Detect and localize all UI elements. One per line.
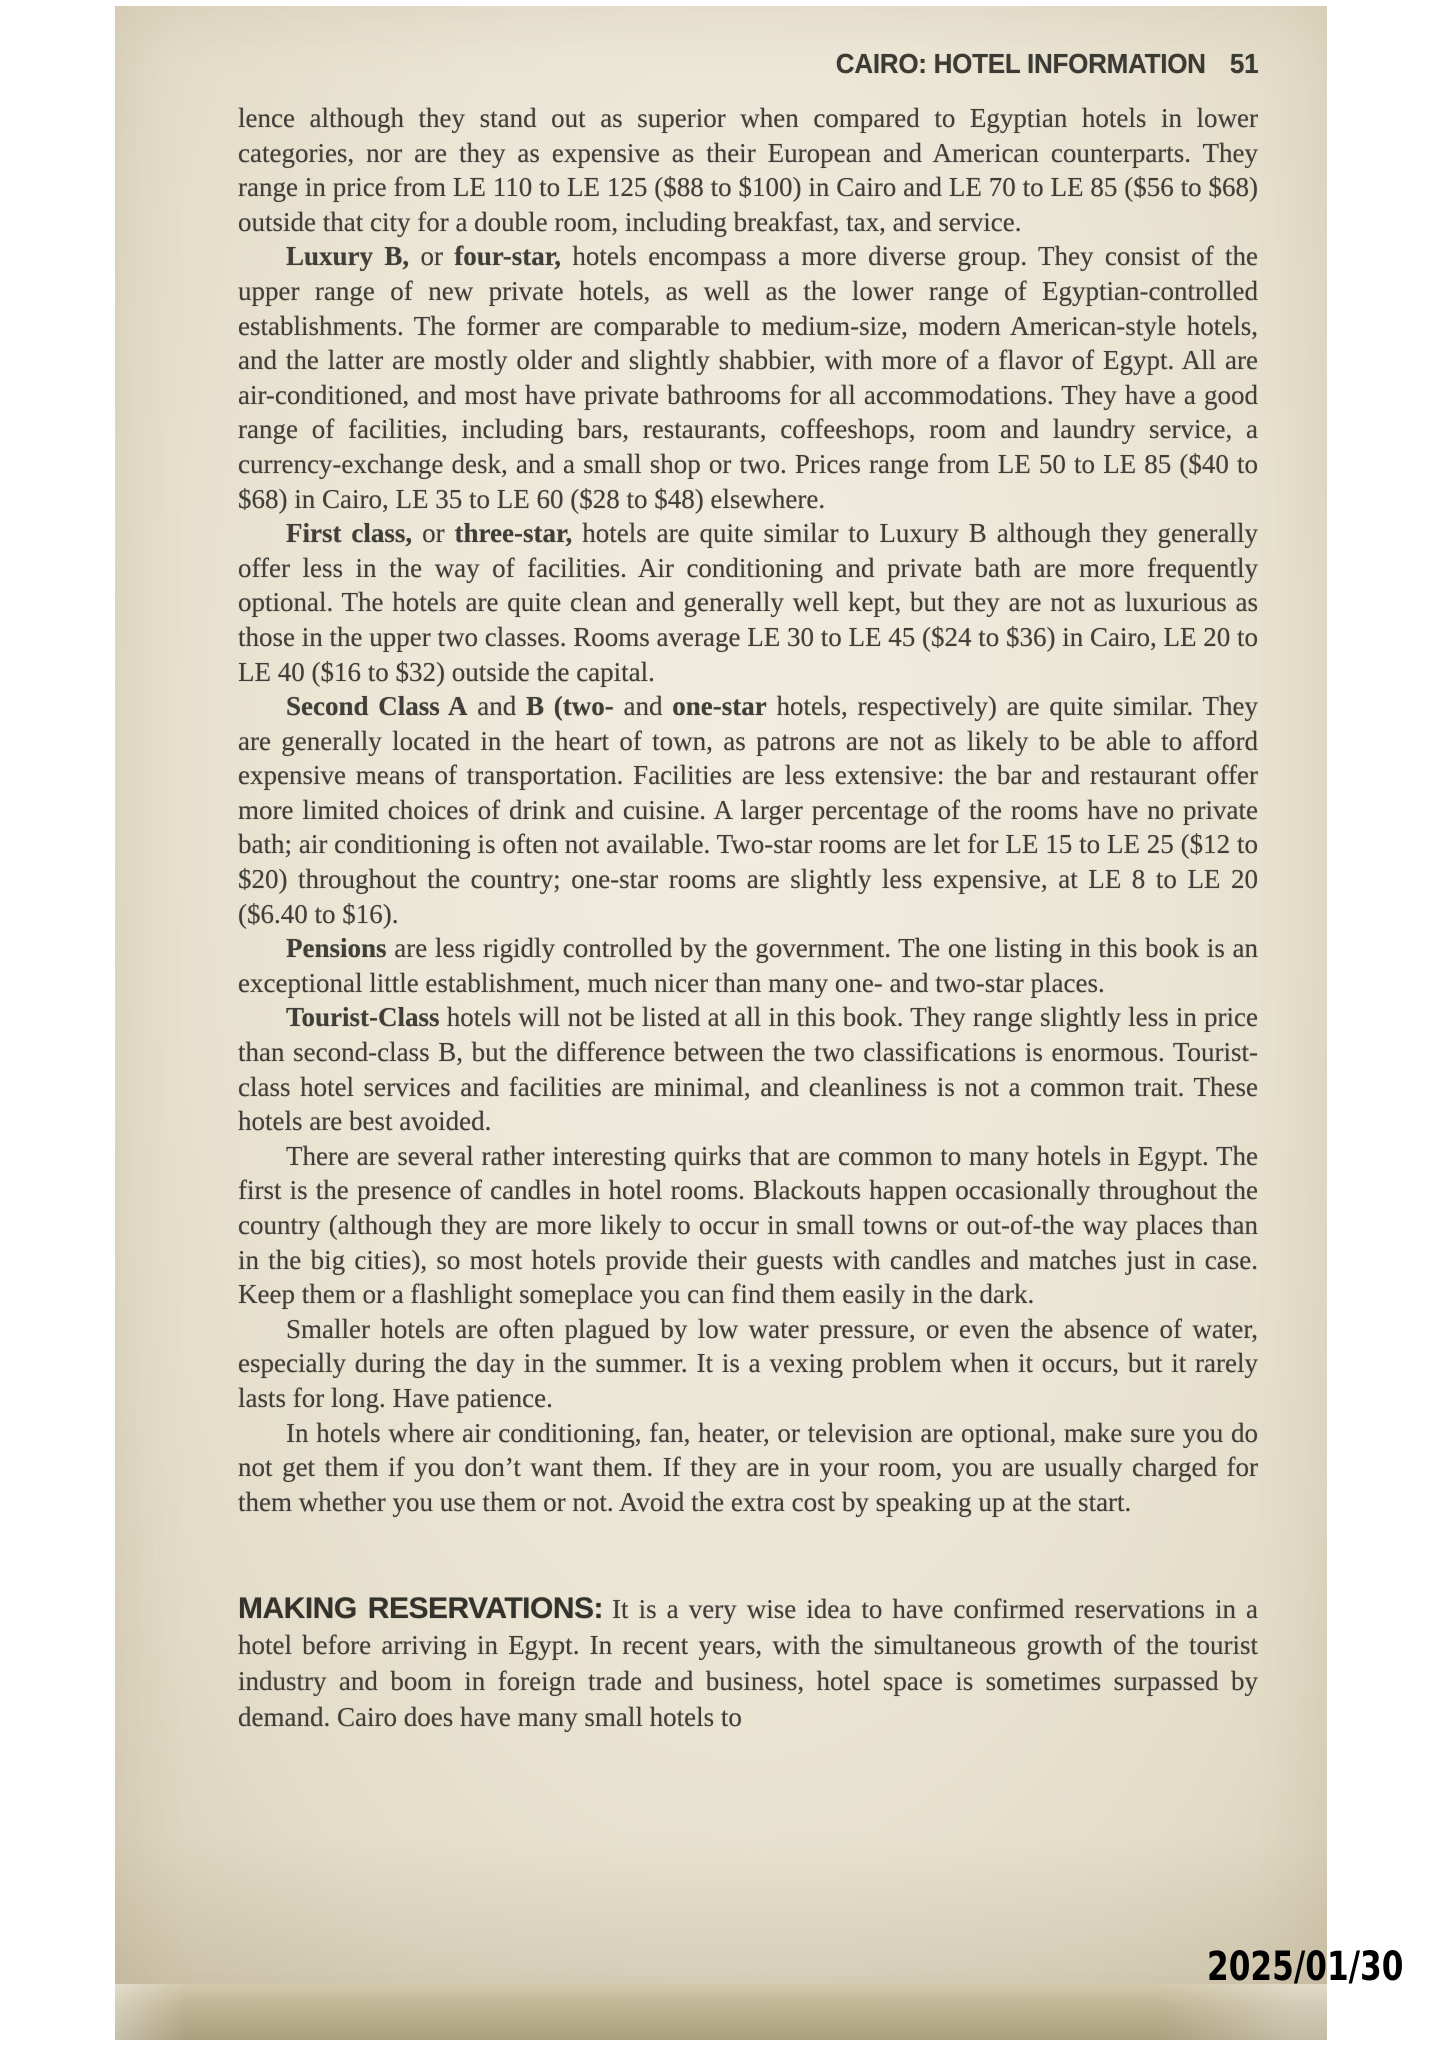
paragraph-text: are less rigidly controlled by the gover… <box>238 933 1258 998</box>
paragraph: First class, or three-star, hotels are q… <box>238 516 1258 689</box>
body-text: lence although they stand out as superio… <box>238 101 1258 1735</box>
bold-lead-in: Second Class A <box>286 691 468 721</box>
paragraph-text: or <box>409 241 454 271</box>
bold-lead-in: Pensions <box>286 933 387 963</box>
paragraph: In hotels where air conditioning, fan, h… <box>238 1416 1258 1520</box>
bold-lead-in: Luxury B, <box>286 241 409 271</box>
bold-lead-in: B (two- <box>526 691 614 721</box>
table-surface-edge <box>115 1984 1327 2040</box>
bold-lead-in: Tourist-Class <box>286 1002 440 1032</box>
book-page-photo: CAIRO: HOTEL INFORMATION 51 lence althou… <box>115 6 1327 2040</box>
paragraph: Second Class A and B (two- and one-star … <box>238 689 1258 931</box>
section-paragraph: MAKING RESERVATIONS:It is a very wise id… <box>238 1591 1258 1735</box>
paragraph: lence although they stand out as superio… <box>238 101 1258 239</box>
running-head: CAIRO: HOTEL INFORMATION 51 <box>836 48 1258 80</box>
scanned-book-page: CAIRO: HOTEL INFORMATION 51 lence althou… <box>0 0 1445 2045</box>
paragraph-text: lence although they stand out as superio… <box>238 103 1258 237</box>
bold-lead-in: one-star <box>672 691 766 721</box>
bold-lead-in: three-star, <box>455 518 573 548</box>
paragraph: There are several rather interesting qui… <box>238 1139 1258 1312</box>
paragraph-text: and <box>614 691 672 721</box>
date-stamp: 2025/01/30 <box>1207 1944 1403 1990</box>
paragraph-text: hotels encompass a more diverse group. T… <box>238 241 1258 513</box>
paragraph: Luxury B, or four-star, hotels encompass… <box>238 239 1258 516</box>
paragraph: Smaller hotels are often plagued by low … <box>238 1312 1258 1416</box>
page-number: 51 <box>1230 48 1258 80</box>
paragraph-text: or <box>412 518 454 548</box>
section-heading: MAKING RESERVATIONS: <box>238 1592 603 1625</box>
paragraphs-container: lence although they stand out as superio… <box>238 101 1258 1519</box>
running-head-title: CAIRO: HOTEL INFORMATION <box>836 48 1206 80</box>
paragraph-text: There are several rather interesting qui… <box>238 1141 1258 1309</box>
paragraph-text: In hotels where air conditioning, fan, h… <box>238 1418 1258 1517</box>
paragraph-text: Smaller hotels are often plagued by low … <box>238 1314 1258 1413</box>
bold-lead-in: First class, <box>286 518 412 548</box>
bold-lead-in: four-star, <box>454 241 561 271</box>
paragraph: Pensions are less rigidly controlled by … <box>238 931 1258 1000</box>
paragraph-text: and <box>468 691 526 721</box>
paragraph-text: hotels, respectively) are quite similar.… <box>238 691 1258 929</box>
paragraph: Tourist-Class hotels will not be listed … <box>238 1000 1258 1138</box>
